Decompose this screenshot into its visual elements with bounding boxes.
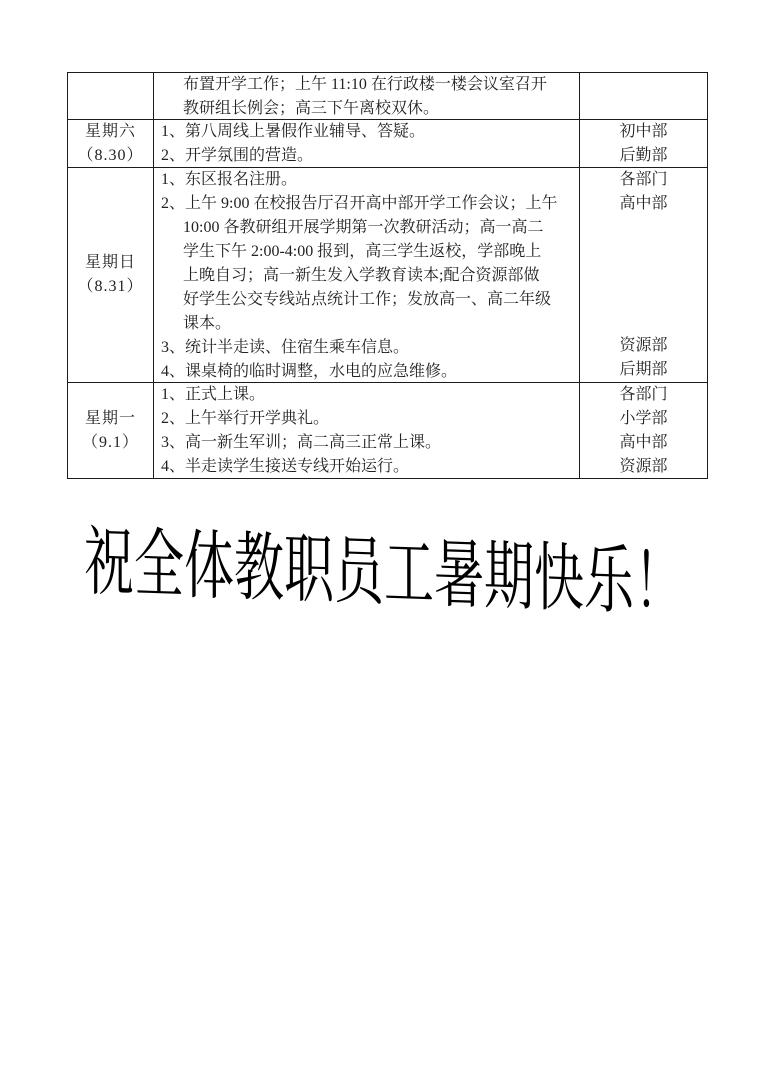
day-name: 星期六: [85, 120, 136, 144]
content-line: 上晚自习；高一新生发入学教育读本;配合资源部做: [161, 264, 575, 288]
document-page: 布置开学工作；上午 11:10 在行政楼一楼会议室召开 教研组长例会；高三下午离…: [0, 0, 775, 1075]
content-line: 布置开学工作；上午 11:10 在行政楼一楼会议室召开: [161, 73, 575, 97]
day-cell: 星期六 （8.30）: [68, 120, 154, 168]
content-line: 3、统计半走读、住宿生乘车信息。: [161, 336, 575, 360]
dept-label: 各部门: [580, 383, 707, 407]
dept-group: 各部门 小学部 高中部 资源部: [580, 383, 707, 478]
content-cell: 1、第八周线上暑假作业辅导、答疑。 2、开学氛围的营造。: [154, 120, 580, 168]
dept-cell: 各部门 高中部 资源部 后期部: [580, 168, 707, 382]
content-line: 4、半走读学生接送专线开始运行。: [161, 455, 575, 478]
dept-group: 各部门 高中部: [580, 168, 707, 216]
day-cell: 星期日 （8.31）: [68, 168, 154, 382]
dept-label: 各部门: [580, 168, 707, 192]
dept-group: 资源部 后期部: [580, 334, 707, 382]
content-cell: 1、正式上课。 2、上午举行开学典礼。 3、高一新生军训；高二高三正常上课。 4…: [154, 383, 580, 478]
dept-label: 资源部: [580, 334, 707, 358]
table-row: 星期一 （9.1） 1、正式上课。 2、上午举行开学典礼。 3、高一新生军训；高…: [68, 383, 707, 478]
content-line: 好学生公交专线站点统计工作；发放高一、高二年级: [161, 288, 575, 312]
day-date: （8.30）: [77, 144, 143, 168]
table-row: 星期日 （8.31） 1、东区报名注册。 2、上午 9:00 在校报告厅召开高中…: [68, 168, 707, 383]
content-line: 3、高一新生军训；高二高三正常上课。: [161, 431, 575, 455]
dept-label: 资源部: [580, 455, 707, 478]
schedule-table: 布置开学工作；上午 11:10 在行政楼一楼会议室召开 教研组长例会；高三下午离…: [67, 72, 708, 479]
content-line: 教研组长例会；高三下午离校双休。: [161, 97, 575, 119]
content-line: 1、东区报名注册。: [161, 168, 575, 192]
banner-text: 祝全体教职员工暑期快乐！: [84, 523, 684, 622]
day-name: 星期一: [85, 407, 136, 431]
dept-label: 高中部: [580, 431, 707, 455]
day-name: 星期日: [85, 251, 136, 275]
dept-cell: 初中部 后勤部: [580, 120, 707, 168]
content-cell: 布置开学工作；上午 11:10 在行政楼一楼会议室召开 教研组长例会；高三下午离…: [154, 73, 580, 119]
content-line: 2、上午举行开学典礼。: [161, 407, 575, 431]
content-cell: 1、东区报名注册。 2、上午 9:00 在校报告厅召开高中部开学工作会议；上午 …: [154, 168, 580, 382]
table-row: 布置开学工作；上午 11:10 在行政楼一楼会议室召开 教研组长例会；高三下午离…: [68, 73, 707, 120]
dept-label: 初中部: [580, 120, 707, 144]
dept-group: 初中部 后勤部: [580, 120, 707, 168]
content-line: 2、上午 9:00 在校报告厅召开高中部开学工作会议；上午: [161, 192, 575, 216]
content-line: 课本。: [161, 312, 575, 336]
content-line: 2、开学氛围的营造。: [161, 144, 575, 168]
day-cell: [68, 73, 154, 119]
content-line: 4、课桌椅的临时调整，水电的应急维修。: [161, 360, 575, 382]
dept-label: 后期部: [580, 358, 707, 382]
dept-label: 后勤部: [580, 144, 707, 168]
dept-cell: 各部门 小学部 高中部 资源部: [580, 383, 707, 478]
day-cell: 星期一 （9.1）: [68, 383, 154, 478]
day-date: （9.1）: [82, 431, 139, 455]
dept-label: 小学部: [580, 407, 707, 431]
content-line: 1、正式上课。: [161, 383, 575, 407]
dept-label: 高中部: [580, 192, 707, 216]
content-line: 10:00 各教研组开展学期第一次教研活动；高一高二: [161, 216, 575, 240]
table-row: 星期六 （8.30） 1、第八周线上暑假作业辅导、答疑。 2、开学氛围的营造。 …: [68, 120, 707, 168]
content-line: 1、第八周线上暑假作业辅导、答疑。: [161, 120, 575, 144]
content-line: 学生下午 2:00-4:00 报到，高三学生返校，学部晚上: [161, 240, 575, 264]
day-date: （8.31）: [77, 275, 143, 299]
dept-cell: [580, 73, 707, 119]
